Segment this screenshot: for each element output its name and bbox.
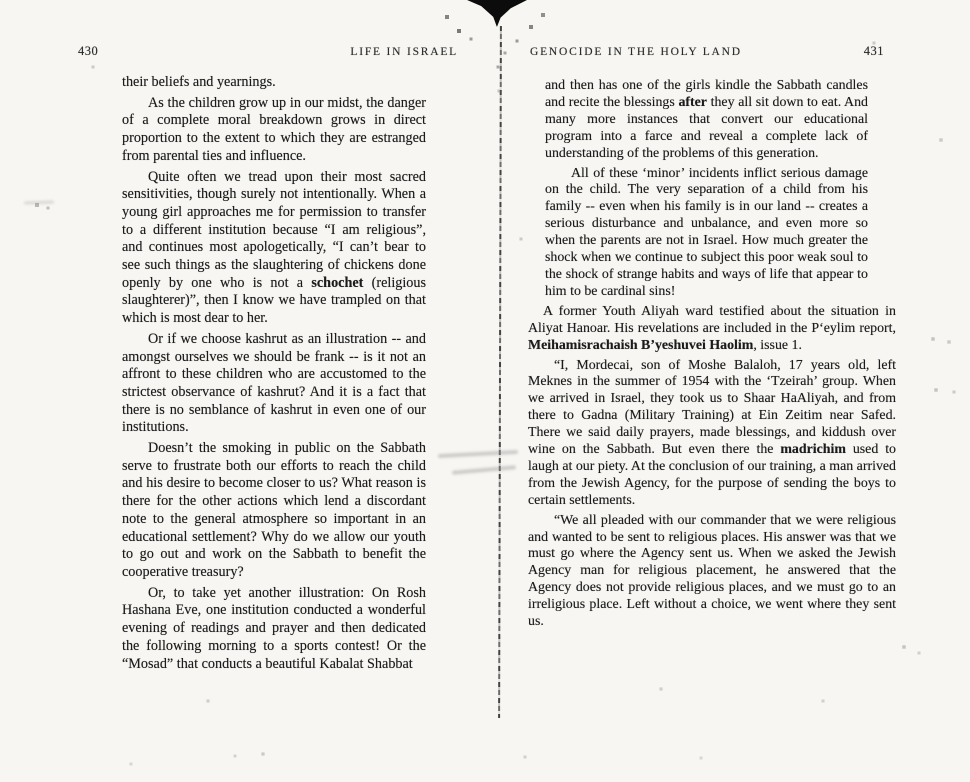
text-run: Or if we choose kashrut as an illustrati… bbox=[122, 331, 426, 436]
paragraph: “I, Mordecai, son of Moshe Balaloh, 17 y… bbox=[528, 358, 896, 510]
paragraph: Quite often we tread upon their most sac… bbox=[122, 169, 426, 328]
left-running-header: LIFE IN ISRAEL bbox=[350, 46, 458, 58]
bold-text: madrichim bbox=[780, 442, 846, 457]
text-run: As the children grow up in our midst, th… bbox=[122, 95, 426, 164]
text-run: Quite often we tread upon their most sac… bbox=[122, 169, 426, 291]
right-page-number: 431 bbox=[864, 44, 884, 59]
right-page-header: GENOCIDE IN THE HOLY LAND 431 bbox=[530, 44, 884, 59]
page-gutter-line bbox=[498, 26, 502, 718]
text-run: , issue 1. bbox=[753, 338, 802, 353]
text-run: A former Youth Aliyah ward testified abo… bbox=[528, 304, 896, 336]
paragraph: A former Youth Aliyah ward testified abo… bbox=[528, 304, 896, 355]
left-page-number: 430 bbox=[78, 44, 98, 59]
smudge-mark bbox=[24, 200, 54, 204]
smudge-mark bbox=[452, 465, 516, 475]
text-run: their beliefs and yearnings. bbox=[122, 74, 276, 90]
right-running-header: GENOCIDE IN THE HOLY LAND bbox=[530, 46, 742, 58]
paragraph: Doesn’t the smoking in public on the Sab… bbox=[122, 440, 426, 582]
paragraph: “We all pleaded with our commander that … bbox=[528, 513, 896, 631]
text-run: All of these ‘minor’ incidents inflict s… bbox=[545, 166, 868, 299]
text-run: “We all pleaded with our commander that … bbox=[528, 513, 896, 629]
paragraph: Or, to take yet another illustration: On… bbox=[122, 585, 426, 674]
text-run: Doesn’t the smoking in public on the Sab… bbox=[122, 440, 426, 580]
right-page-text: and then has one of the girls kindle the… bbox=[528, 78, 896, 634]
ink-stain bbox=[450, 0, 542, 27]
paragraph: and then has one of the girls kindle the… bbox=[545, 78, 868, 163]
text-run: Or, to take yet another illustration: On… bbox=[122, 585, 426, 672]
scan-specks bbox=[0, 0, 2, 2]
bold-text: Meihamisrachaish B’yeshuvei Haolim bbox=[528, 338, 753, 353]
left-page-text: their beliefs and yearnings.As the child… bbox=[122, 74, 426, 676]
smudge-mark bbox=[438, 450, 518, 458]
left-page-header: 430 LIFE IN ISRAEL bbox=[78, 44, 458, 59]
book-spread-scan: 430 LIFE IN ISRAEL their beliefs and yea… bbox=[0, 0, 970, 782]
paragraph: Or if we choose kashrut as an illustrati… bbox=[122, 331, 426, 437]
paragraph: their beliefs and yearnings. bbox=[122, 74, 426, 92]
bold-text: schochet bbox=[311, 275, 363, 291]
paragraph: As the children grow up in our midst, th… bbox=[122, 95, 426, 166]
paragraph: All of these ‘minor’ incidents inflict s… bbox=[545, 166, 868, 301]
bold-text: after bbox=[678, 95, 707, 110]
